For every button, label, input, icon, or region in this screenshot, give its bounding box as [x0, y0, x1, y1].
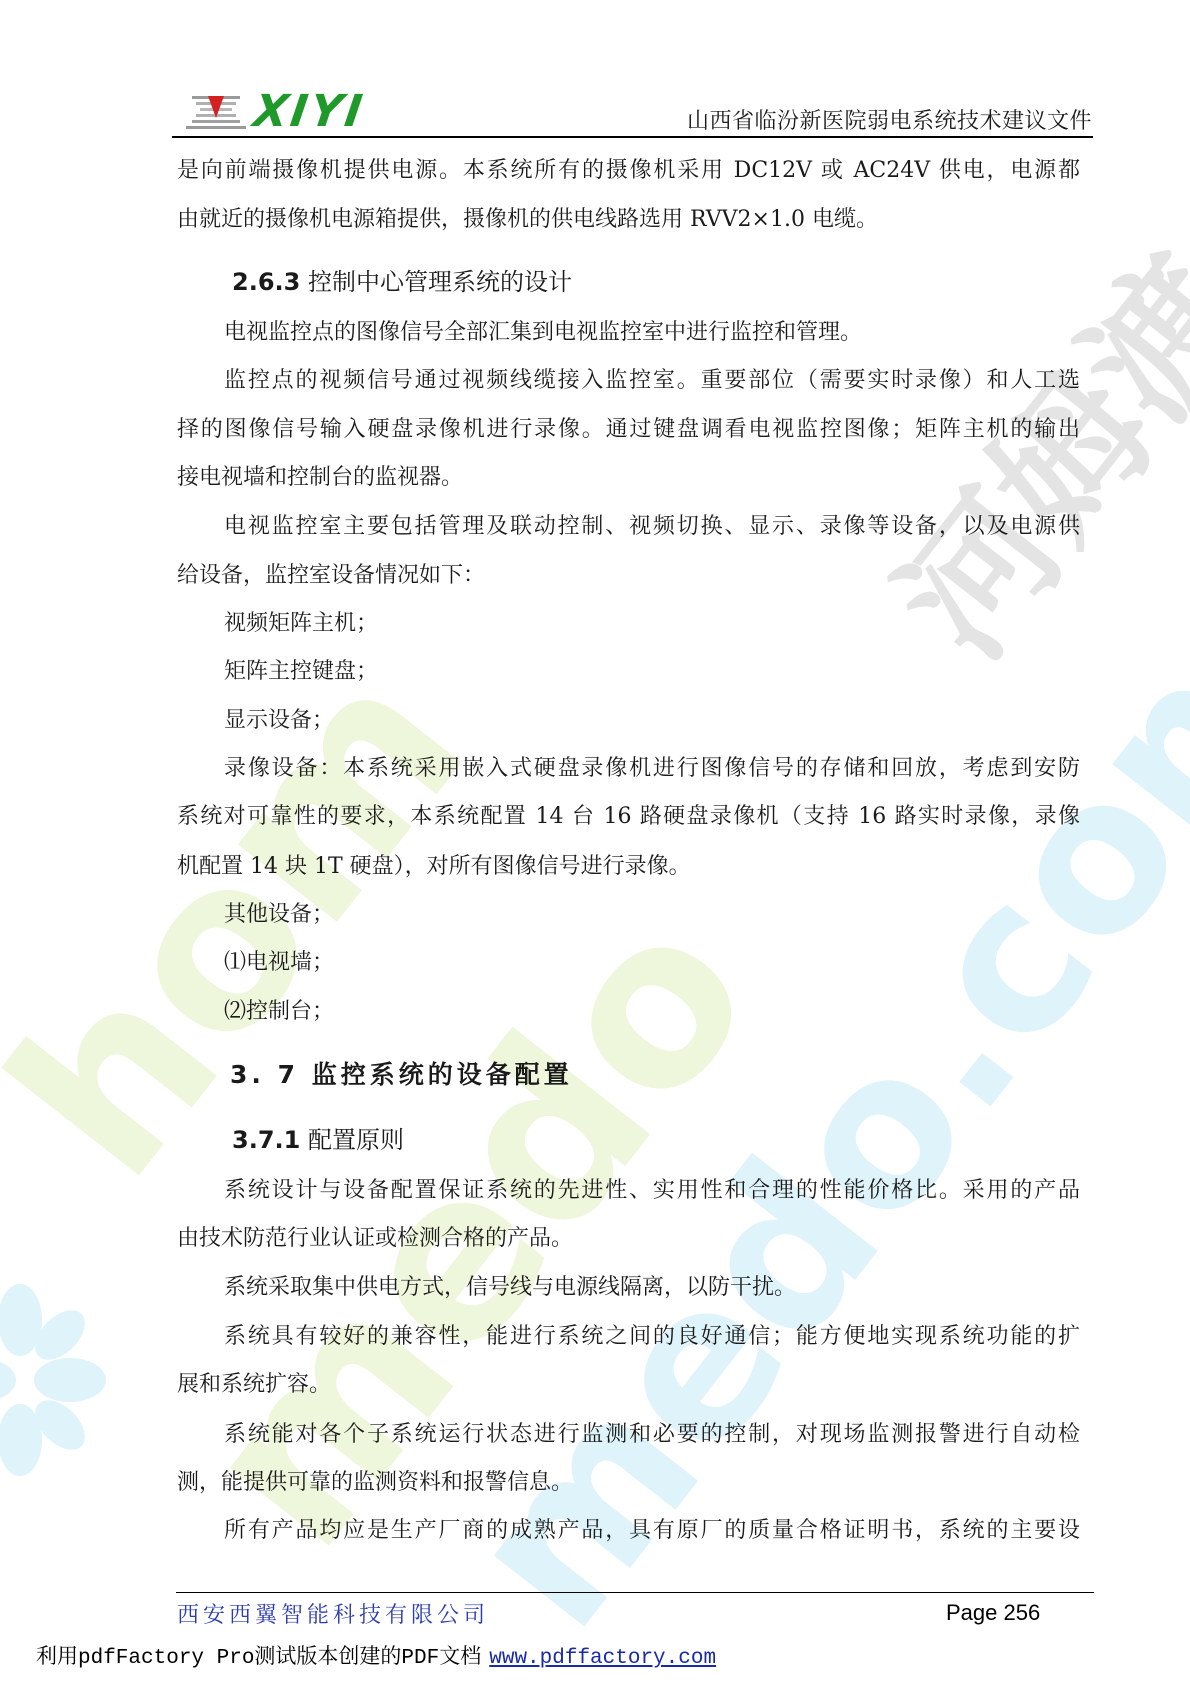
list-item: 其他设备；: [224, 900, 334, 930]
document-title: 山西省临汾新医院弱电系统技术建议文件: [687, 104, 1092, 135]
list-item: 显示设备；: [224, 706, 334, 736]
list-item: ⑴电视墙；: [224, 948, 334, 978]
pdf-notice-text: 利用pdfFactory Pro测试版本创建的PDF文档: [36, 1647, 481, 1670]
watermark-gray: 河姆渡: [840, 205, 1190, 693]
paragraph-line: 机配置 14 块 1T 硬盘），对所有图像信号进行录像。: [177, 852, 691, 882]
section-title: 配置原则: [308, 1126, 404, 1154]
pdf-creator-notice: 利用pdfFactory Pro测试版本创建的PDF文档www.pdffacto…: [36, 1640, 716, 1670]
footer-divider: [176, 1592, 1094, 1593]
paragraph-line: 接电视墙和控制台的监视器。: [177, 463, 463, 493]
pdffactory-link[interactable]: www.pdffactory.com: [489, 1647, 716, 1670]
header-divider: [172, 136, 1093, 138]
list-item: 视频矩阵主机；: [224, 609, 378, 639]
section-title: 控制中心管理系统的设计: [308, 268, 572, 296]
list-item: ⑵控制台；: [224, 997, 334, 1027]
paragraph-line: 系统具有较好的兼容性，能进行系统之间的良好通信；能方便地实现系统功能的扩: [224, 1322, 1080, 1352]
paragraph-line: 系统对可靠性的要求，本系统配置 14 台 16 路硬盘录像机（支持 16 路实时…: [177, 802, 1080, 832]
paragraph-line: 由就近的摄像机电源箱提供，摄像机的供电线路选用 RVV2×1.0 电缆。: [177, 205, 878, 235]
paragraph-line: 录像设备：本系统采用嵌入式硬盘录像机进行图像信号的存储和回放，考虑到安防: [224, 754, 1080, 784]
paragraph-line: 由技术防范行业认证或检测合格的产品。: [177, 1224, 573, 1254]
paragraph-line: 给设备，监控室设备情况如下：: [177, 561, 485, 591]
company-logo: XIYI: [186, 92, 386, 134]
page-number: Page 256: [946, 1600, 1040, 1626]
paragraph-line: 系统能对各个子系统运行状态进行监测和必要的控制，对现场监测报警进行自动检: [224, 1420, 1080, 1450]
section-title: 监控系统的设备配置: [312, 1060, 573, 1089]
section-heading-2-6-3: 2.6.3 控制中心管理系统的设计: [232, 262, 572, 297]
paragraph-line: 所有产品均应是生产厂商的成熟产品，具有原厂的质量合格证明书，系统的主要设: [224, 1516, 1080, 1546]
section-number: 3.7.1: [232, 1126, 300, 1154]
section-number: 2.6.3: [232, 268, 300, 296]
section-heading-3-7: 3. 7 监控系统的设备配置: [230, 1055, 573, 1091]
xiyi-logo-mark-icon: [186, 94, 246, 130]
paragraph-line: 展和系统扩容。: [177, 1370, 331, 1400]
watermark-blue: medo.com: [420, 556, 1190, 1671]
paragraph-line: 是向前端摄像机提供电源。本系统所有的摄像机采用 DC12V 或 AC24V 供电…: [177, 156, 1080, 186]
list-item: 矩阵主控键盘；: [224, 657, 378, 687]
watermark-flower-icon: [0, 1280, 120, 1480]
paragraph-line: 择的图像信号输入硬盘录像机进行录像。通过键盘调看电视监控图像；矩阵主机的输出: [177, 415, 1080, 445]
section-heading-3-7-1: 3.7.1 配置原则: [232, 1120, 404, 1155]
paragraph-line: 系统采取集中供电方式，信号线与电源线隔离，以防干扰。: [224, 1273, 796, 1303]
paragraph-line: 电视监控室主要包括管理及联动控制、视频切换、显示、录像等设备，以及电源供: [224, 512, 1080, 542]
paragraph-line: 测，能提供可靠的监测资料和报警信息。: [177, 1468, 573, 1498]
section-number: 3. 7: [230, 1060, 299, 1089]
paragraph-line: 监控点的视频信号通过视频线缆接入监控室。重要部位（需要实时录像）和人工选: [224, 366, 1080, 396]
paragraph-line: 系统设计与设备配置保证系统的先进性、实用性和合理的性能价格比。采用的产品: [224, 1176, 1080, 1206]
paragraph-line: 电视监控点的图像信号全部汇集到电视监控室中进行监控和管理。: [224, 318, 862, 348]
footer-company-name: 西安西翼智能科技有限公司: [177, 1598, 489, 1629]
logo-text: XIYI: [250, 86, 368, 137]
